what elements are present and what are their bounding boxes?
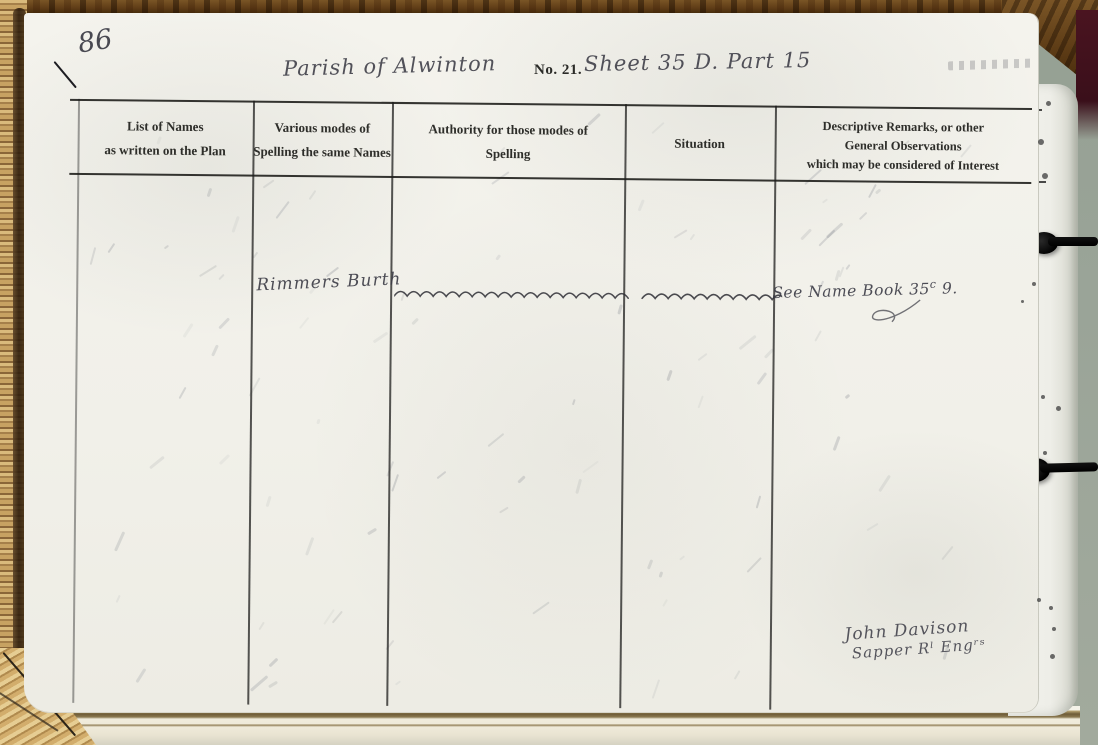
col-header-authority: Authority for those modes of Spelling [391, 109, 625, 175]
col-header-line: Descriptive Remarks, or other [822, 117, 984, 138]
column-line-4 [769, 106, 776, 710]
edge-speck [1049, 606, 1053, 610]
col-header-line: which may be considered of Interest [807, 154, 999, 175]
edge-speck [1042, 173, 1048, 179]
col-header-line: as written on the Plan [104, 138, 226, 163]
col-header-line: List of Names [127, 114, 204, 139]
binding-tie-string [1048, 237, 1098, 246]
edge-speck [1021, 300, 1024, 303]
page-number: 86 [76, 24, 115, 60]
edge-speck [1041, 395, 1045, 399]
col-header-names: List of Names as written on the Plan [77, 106, 253, 172]
header-sheet: Sheet 35 D. Part 15 [584, 48, 812, 76]
edge-speck [1052, 627, 1056, 631]
remarks-text: 9. [936, 279, 958, 298]
edge-speck [1037, 598, 1041, 602]
scanned-book-photo: 86 Parish of Alwinton No. 21. Sheet 35 D… [0, 0, 1098, 745]
col-header-situation: Situation [624, 111, 775, 176]
col-header-line: Spelling the same Names [253, 140, 391, 165]
col-header-line: General Observations [845, 136, 962, 156]
entry-spelling: Rimmers Burth [256, 269, 402, 295]
col-header-remarks: Descriptive Remarks, or other General Ob… [774, 113, 1032, 179]
column-line-1 [247, 101, 254, 705]
col-header-line: Situation [674, 132, 725, 156]
edge-speck [1038, 139, 1044, 145]
column-line-left [72, 99, 79, 703]
remark-flourish [862, 297, 928, 328]
col-header-line: Various modes of [274, 116, 370, 141]
edge-speck [1043, 451, 1047, 455]
edge-speck [1032, 282, 1036, 286]
edge-speck [1046, 101, 1051, 106]
column-line-2 [386, 102, 393, 706]
col-header-line: Authority for those modes of [428, 117, 588, 143]
col-header-line: Spelling [486, 142, 531, 166]
binding-tie-string [1040, 462, 1098, 473]
book-cover-edge [1076, 10, 1098, 140]
edge-speck [1056, 406, 1061, 411]
edge-speck [1050, 654, 1055, 659]
column-line-3 [619, 104, 626, 708]
col-header-spelling-modes: Various modes of Spelling the same Names [252, 108, 392, 173]
ditto-wavy-line [394, 287, 782, 305]
header-number: No. 21. [534, 62, 582, 79]
